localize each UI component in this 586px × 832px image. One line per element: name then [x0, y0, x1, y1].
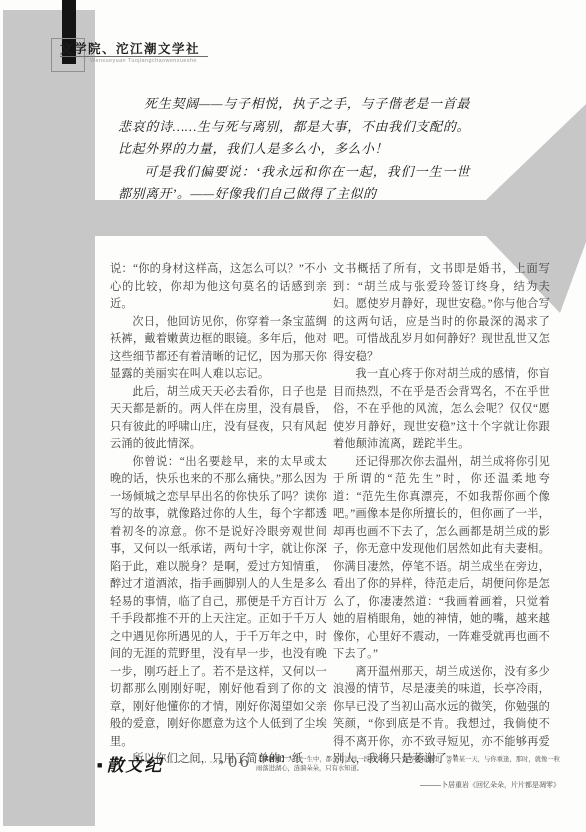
dotted-leader: ·······················	[160, 757, 218, 767]
paragraph: 次日，他回访见你，你穿着一条宝蓝绸袄裤，戴着嫩黄边框的眼镜。多年后，他对这些细节…	[110, 314, 327, 384]
epigraph-paragraph: 死生契阔——与子相悦，执子之手，与子偕老是一首最悲哀的诗……生与死与离别，都是大…	[118, 93, 470, 161]
chevron-right-icon: »	[218, 754, 224, 769]
paragraph: 此后，胡兰成天天必去看你，日子也是天天都是新的。两人伴在房里，没有晨昏，只有彼此…	[110, 384, 327, 454]
section-title: ■散文纪	[97, 751, 163, 776]
magazine-page: 文学院、沱江潮文学社 Wenxueyuan Tuojiangchaowenxue…	[0, 0, 586, 832]
title-underline	[60, 56, 208, 57]
page-number: 06	[228, 753, 251, 771]
org-romanization: Wenxueyuan Tuojiangchaowenxueshe	[90, 58, 197, 64]
article-column-left: 说：“你的身材这样高，这怎么可以？”不小心的比较，你却为他这句莫名的话感到亲近。…	[110, 261, 327, 769]
section-marker-icon: ■	[97, 760, 102, 770]
epigraph-paragraph: 可是我们偏要说：‘我永远和你在一起，我们一生一世都别离开’。——好像我们自己做得…	[118, 161, 470, 206]
paragraph: 我一直心疼于你对胡兰成的感情，你盲目而热烈，不在乎是否会背骂名，不在乎世俗，不在…	[333, 366, 550, 454]
footer-quote-text: 人的一生中，都会有这样一段好光阴，一直等候在那里，等着某一天，与你重逢，那时，就…	[256, 756, 560, 772]
footer-column-label: 【字居间】	[256, 756, 288, 763]
paragraph: 还记得那次你去温州，胡兰成将你引见于所谓的“范先生”时，你还温柔地夸道：“范先生…	[333, 454, 550, 664]
org-title: 文学院、沱江潮文学社	[60, 39, 200, 57]
paragraph: 说：“你的身材这样高，这怎么可以？”不小心的比较，你却为他这句莫名的话感到亲近。	[110, 261, 327, 314]
article-column-right: 文书概括了所有，文书即是婚书，上面写到：“胡兰成与张爱玲签订终身，结为夫妇。愿使…	[333, 261, 550, 769]
paragraph: 文书概括了所有，文书即是婚书，上面写到：“胡兰成与张爱玲签订终身，结为夫妇。愿使…	[333, 261, 550, 366]
footer-quote-attribution: ———卜居重岩《回忆朵朵，片片都是凋零》	[256, 780, 560, 790]
section-title-text: 散文纪	[106, 756, 163, 775]
paragraph: 离开温州那天，胡兰成送你，没有多少浪漫的情节，尽是凄美的味道，长亭冷雨，你早已没…	[333, 664, 550, 769]
footer-column-quote: 【字居间】人的一生中，都会有这样一段好光阴，一直等候在那里，等着某一天，与你重逢…	[256, 756, 560, 773]
epigraph: 死生契阔——与子相悦，执子之手，与子偕老是一首最悲哀的诗……生与死与离别，都是大…	[118, 93, 470, 206]
left-gray-band	[3, 10, 95, 826]
paragraph: 你曾说：“出名要趁早，来的太早或太晚的话，快乐也来的不那么痛快。”那么因为一场倾…	[110, 454, 327, 752]
